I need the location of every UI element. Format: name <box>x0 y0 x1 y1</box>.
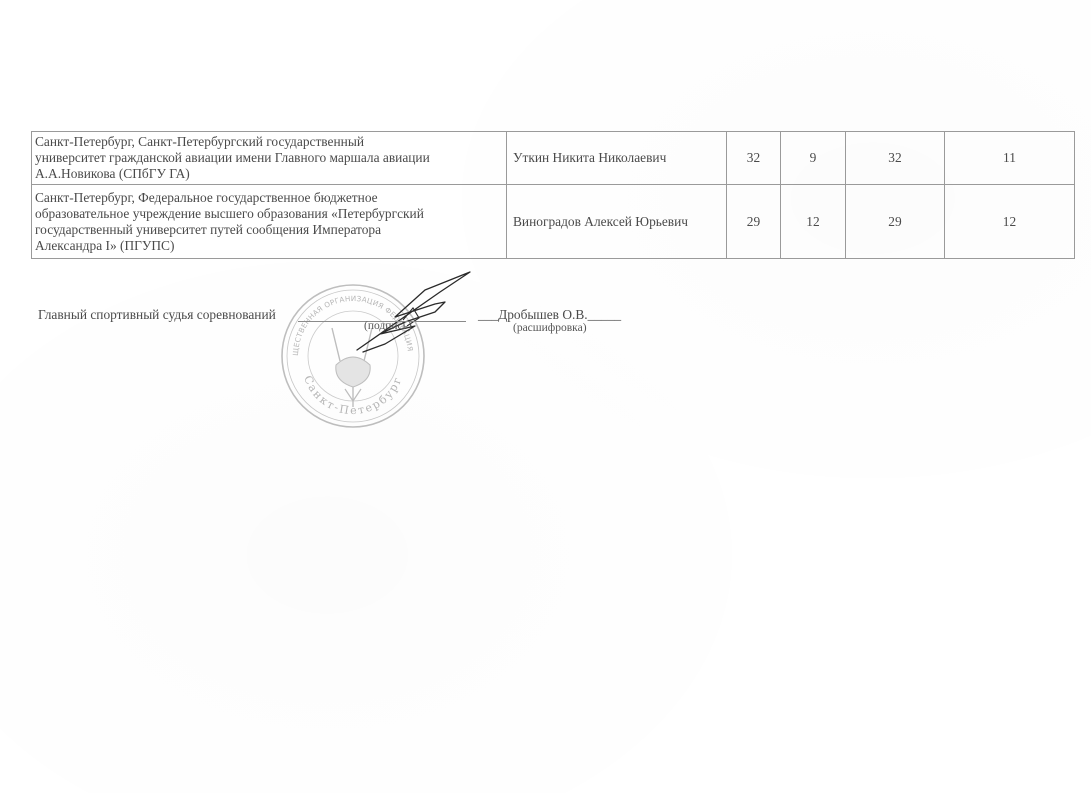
value-cell: 32 <box>846 132 945 185</box>
value-cell: 11 <box>945 132 1075 185</box>
organization-line: университет гражданской авиации имени Гл… <box>35 150 503 166</box>
organization-line: государственный университет путей сообще… <box>35 222 503 238</box>
person-cell: Виноградов Алексей Юрьевич <box>507 185 727 259</box>
organization-line: Александра I» (ПГУПС) <box>35 238 503 254</box>
value-cell: 29 <box>846 185 945 259</box>
organization-line: А.А.Новикова (СПбГУ ГА) <box>35 166 503 182</box>
organization-line: Санкт-Петербург, Санкт-Петербургский гос… <box>35 134 503 150</box>
chief-judge-label: Главный спортивный судья соревнований <box>38 307 276 323</box>
organization-line: Санкт-Петербург, Федеральное государстве… <box>35 190 503 206</box>
table-row: Санкт-Петербург, Федеральное государстве… <box>32 185 1075 259</box>
handwritten-signature <box>285 262 485 362</box>
page-background <box>0 0 1091 793</box>
value-cell: 29 <box>727 185 781 259</box>
organization-cell: Санкт-Петербург, Санкт-Петербургский гос… <box>32 132 507 185</box>
signer-name: ___Дробышев О.В._____ <box>478 307 621 323</box>
value-cell: 12 <box>945 185 1075 259</box>
signature-caption: (подпись) <box>364 320 412 332</box>
results-table: Санкт-Петербург, Санкт-Петербургский гос… <box>31 131 1075 259</box>
value-cell: 9 <box>781 132 846 185</box>
signer-name-caption: (расшифровка) <box>513 322 587 334</box>
value-cell: 32 <box>727 132 781 185</box>
person-cell: Уткин Никита Николаевич <box>507 132 727 185</box>
organization-cell: Санкт-Петербург, Федеральное государстве… <box>32 185 507 259</box>
organization-line: образовательное учреждение высшего образ… <box>35 206 503 222</box>
table-row: Санкт-Петербург, Санкт-Петербургский гос… <box>32 132 1075 185</box>
value-cell: 12 <box>781 185 846 259</box>
